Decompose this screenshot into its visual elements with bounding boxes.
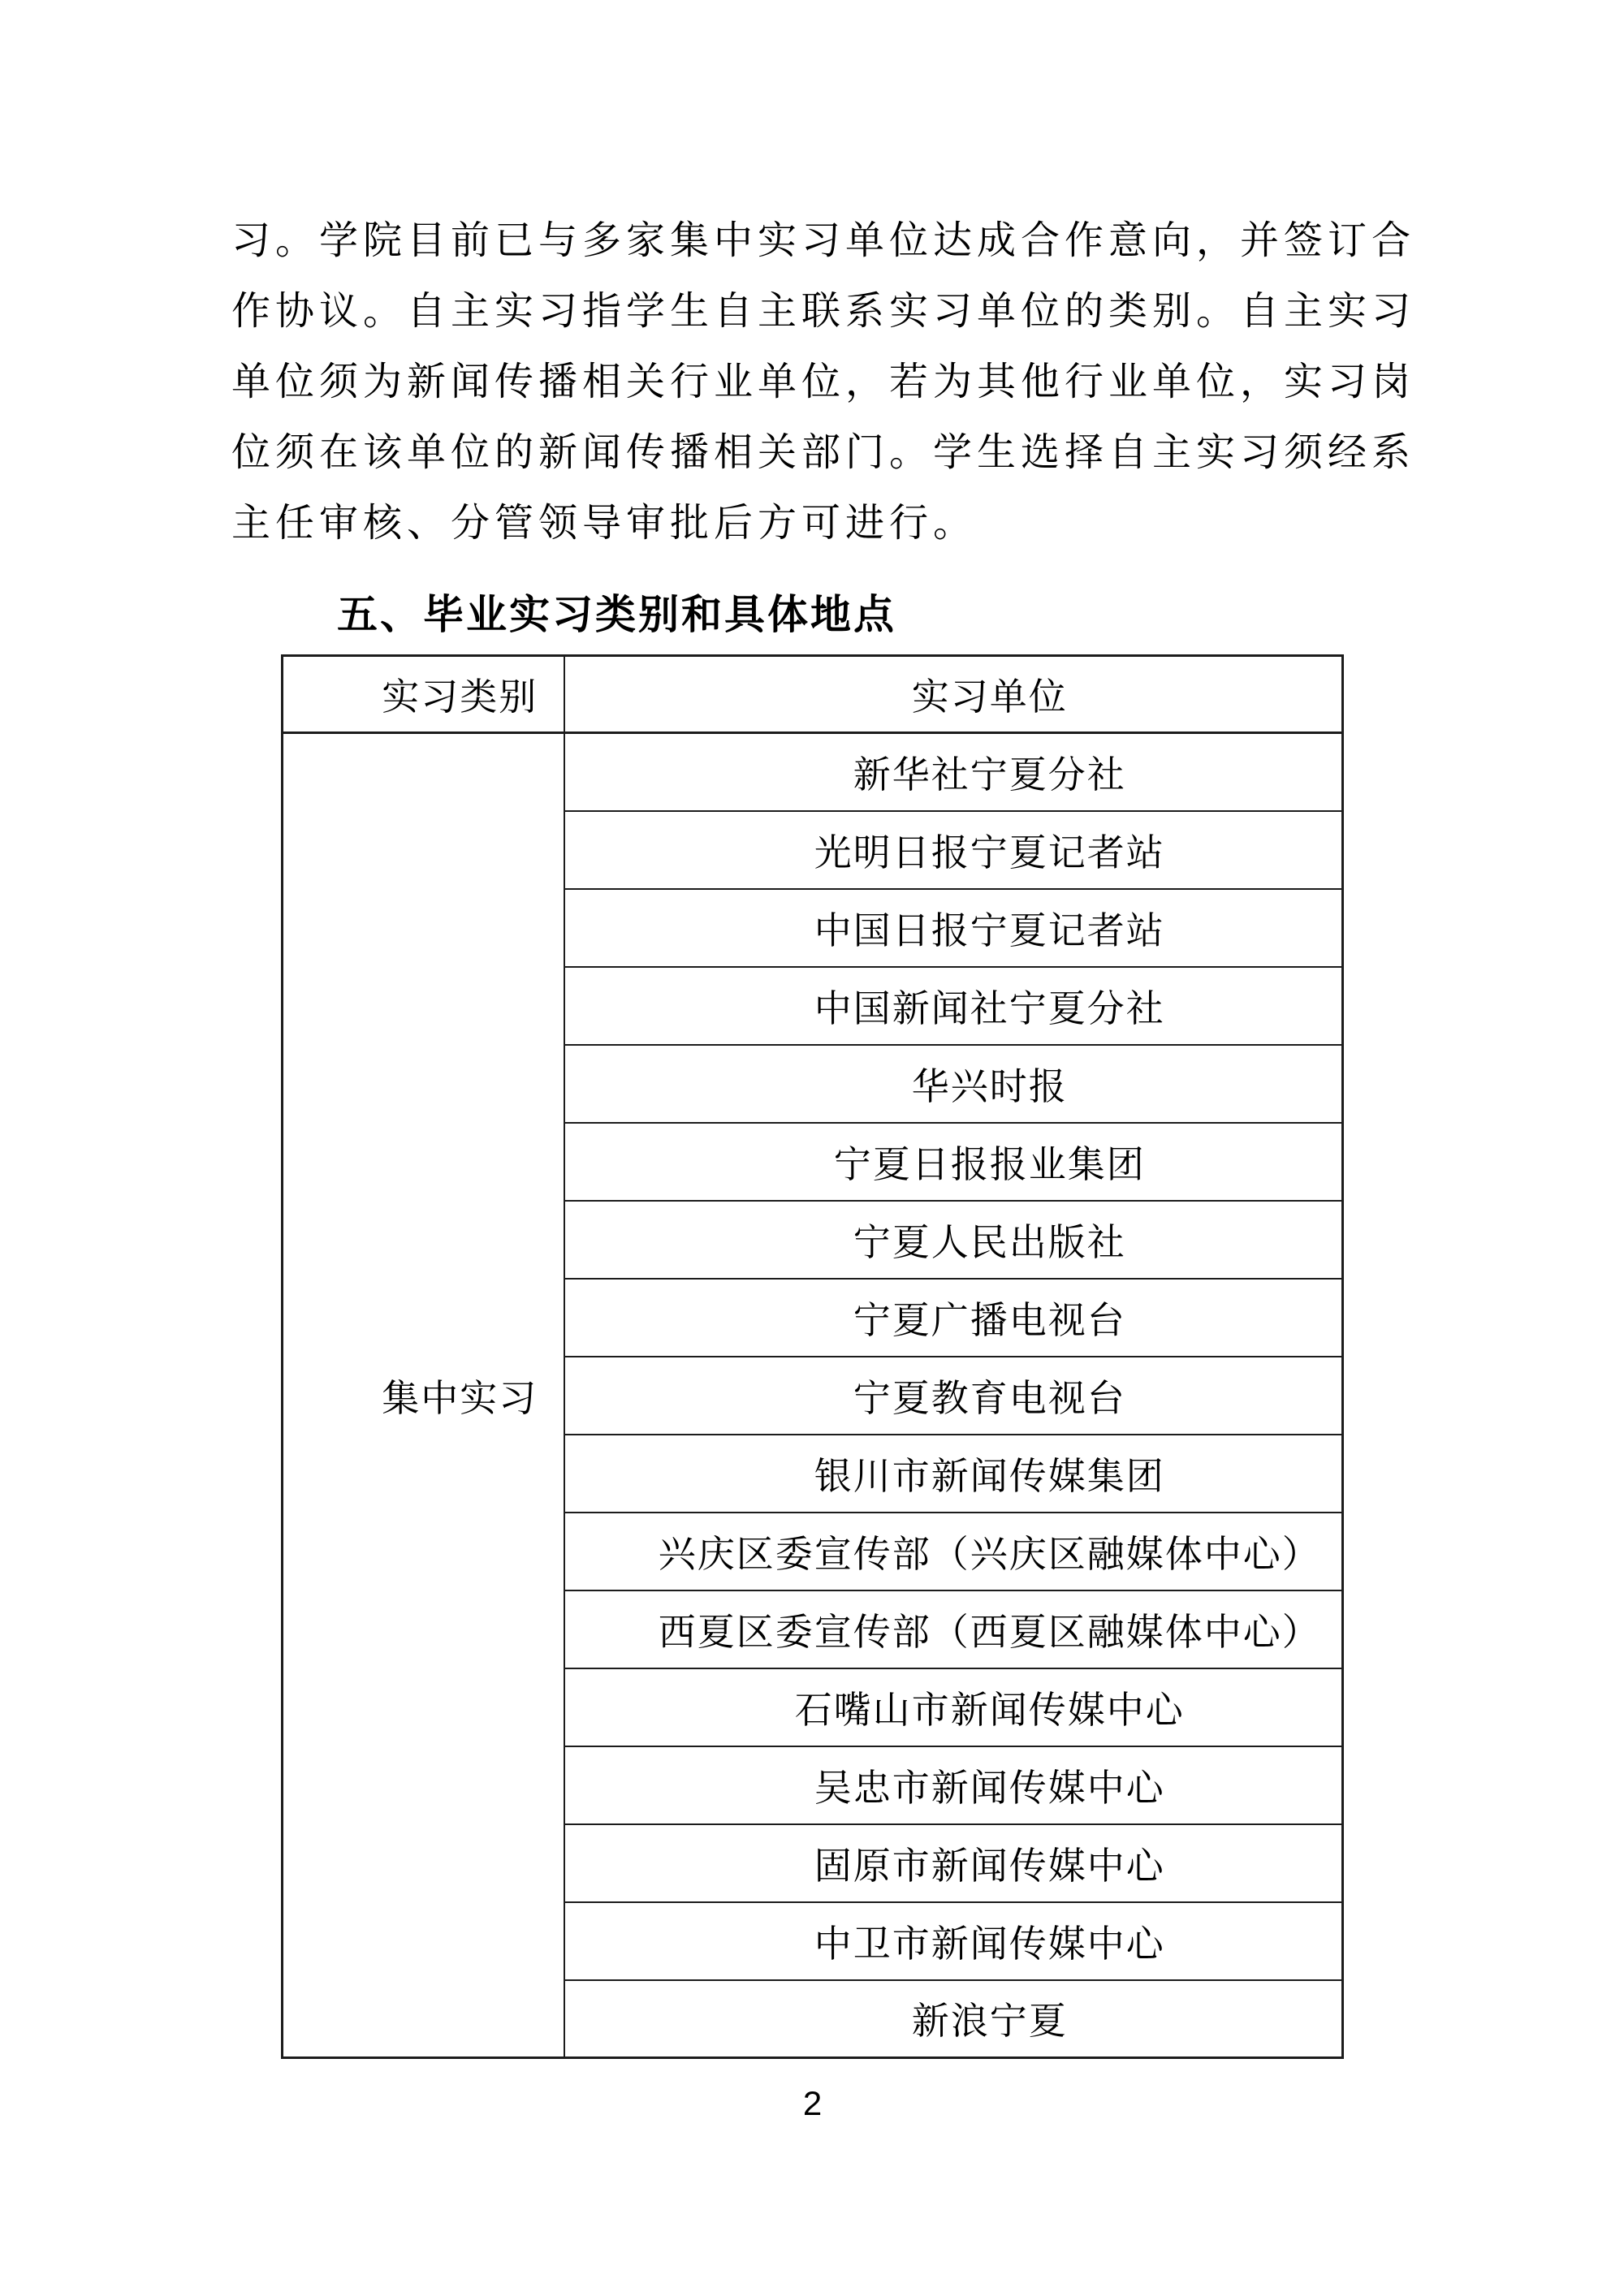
category-cell: 集中实习 [283, 733, 564, 2058]
internship-table: 实习类别 实习单位 集中实习 新华社宁夏分社 光明日报宁夏记者站 中国日报宁夏记… [281, 654, 1344, 2059]
page-number: 2 [281, 2083, 1344, 2124]
unit-cell: 中卫市新闻传媒中心 [564, 1902, 1343, 1980]
unit-cell: 新浪宁夏 [564, 1980, 1343, 2058]
table-header-category: 实习类别 [283, 656, 564, 733]
unit-cell: 宁夏日报报业集团 [564, 1123, 1343, 1201]
unit-cell: 石嘴山市新闻传媒中心 [564, 1668, 1343, 1746]
paragraph-line: 位须在该单位的新闻传播相关部门。学生选择自主实习须经系 [231, 417, 1433, 488]
unit-cell: 新华社宁夏分社 [564, 733, 1343, 811]
unit-cell: 宁夏人民出版社 [564, 1201, 1343, 1279]
paragraph-line: 习。学院目前已与多家集中实习单位达成合作意向，并签订合 [231, 205, 1433, 276]
section-heading: 五、毕业实习类别和具体地点 [337, 589, 896, 640]
unit-cell: 银川市新闻传媒集团 [564, 1435, 1343, 1513]
paragraph-line: 主任审核、分管领导审批后方可进行。 [231, 488, 1433, 559]
table-header-row: 实习类别 实习单位 [283, 656, 1343, 733]
table-header-unit: 实习单位 [564, 656, 1343, 733]
unit-cell: 宁夏广播电视台 [564, 1279, 1343, 1357]
paragraph-line: 作协议。自主实习指学生自主联系实习单位的类别。自主实习 [231, 276, 1433, 347]
unit-cell: 光明日报宁夏记者站 [564, 811, 1343, 889]
unit-cell: 兴庆区委宣传部（兴庆区融媒体中心） [564, 1513, 1343, 1590]
unit-cell: 宁夏教育电视台 [564, 1357, 1343, 1435]
unit-cell: 吴忠市新闻传媒中心 [564, 1746, 1343, 1824]
unit-cell: 中国新闻社宁夏分社 [564, 967, 1343, 1045]
unit-cell: 固原市新闻传媒中心 [564, 1824, 1343, 1902]
table-row: 集中实习 新华社宁夏分社 [283, 733, 1343, 811]
unit-cell: 华兴时报 [564, 1045, 1343, 1123]
body-paragraph: 习。学院目前已与多家集中实习单位达成合作意向，并签订合 作协议。自主实习指学生自… [231, 205, 1433, 559]
unit-cell: 西夏区委宣传部（西夏区融媒体中心） [564, 1590, 1343, 1668]
document-page: 习。学院目前已与多家集中实习单位达成合作意向，并签订合 作协议。自主实习指学生自… [0, 0, 1624, 2296]
paragraph-line: 单位须为新闻传播相关行业单位，若为其他行业单位，实习岗 [231, 347, 1433, 417]
unit-cell: 中国日报宁夏记者站 [564, 889, 1343, 967]
